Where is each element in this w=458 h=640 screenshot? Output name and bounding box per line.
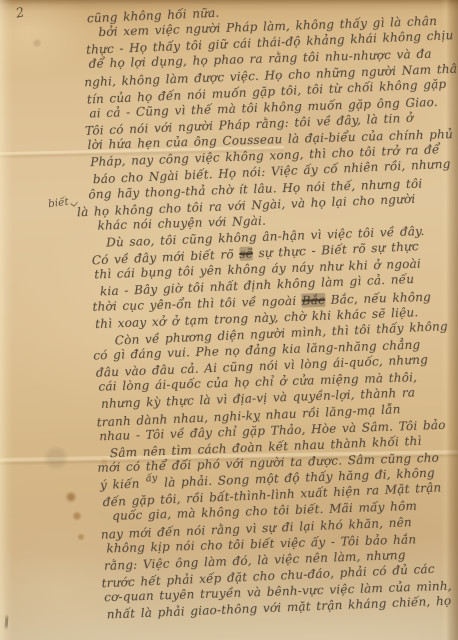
struck-word: sẽ [239,246,253,261]
struck-word: Bắc [302,292,326,307]
scanned-letter-page: 2 cũng không hối nữa.bởi xem việc người … [0,0,458,640]
interlinear-word: ấy [145,471,158,488]
inserted-word: biết [47,196,69,210]
letter-body: cũng không hối nữa.bởi xem việc người Ph… [0,0,458,625]
